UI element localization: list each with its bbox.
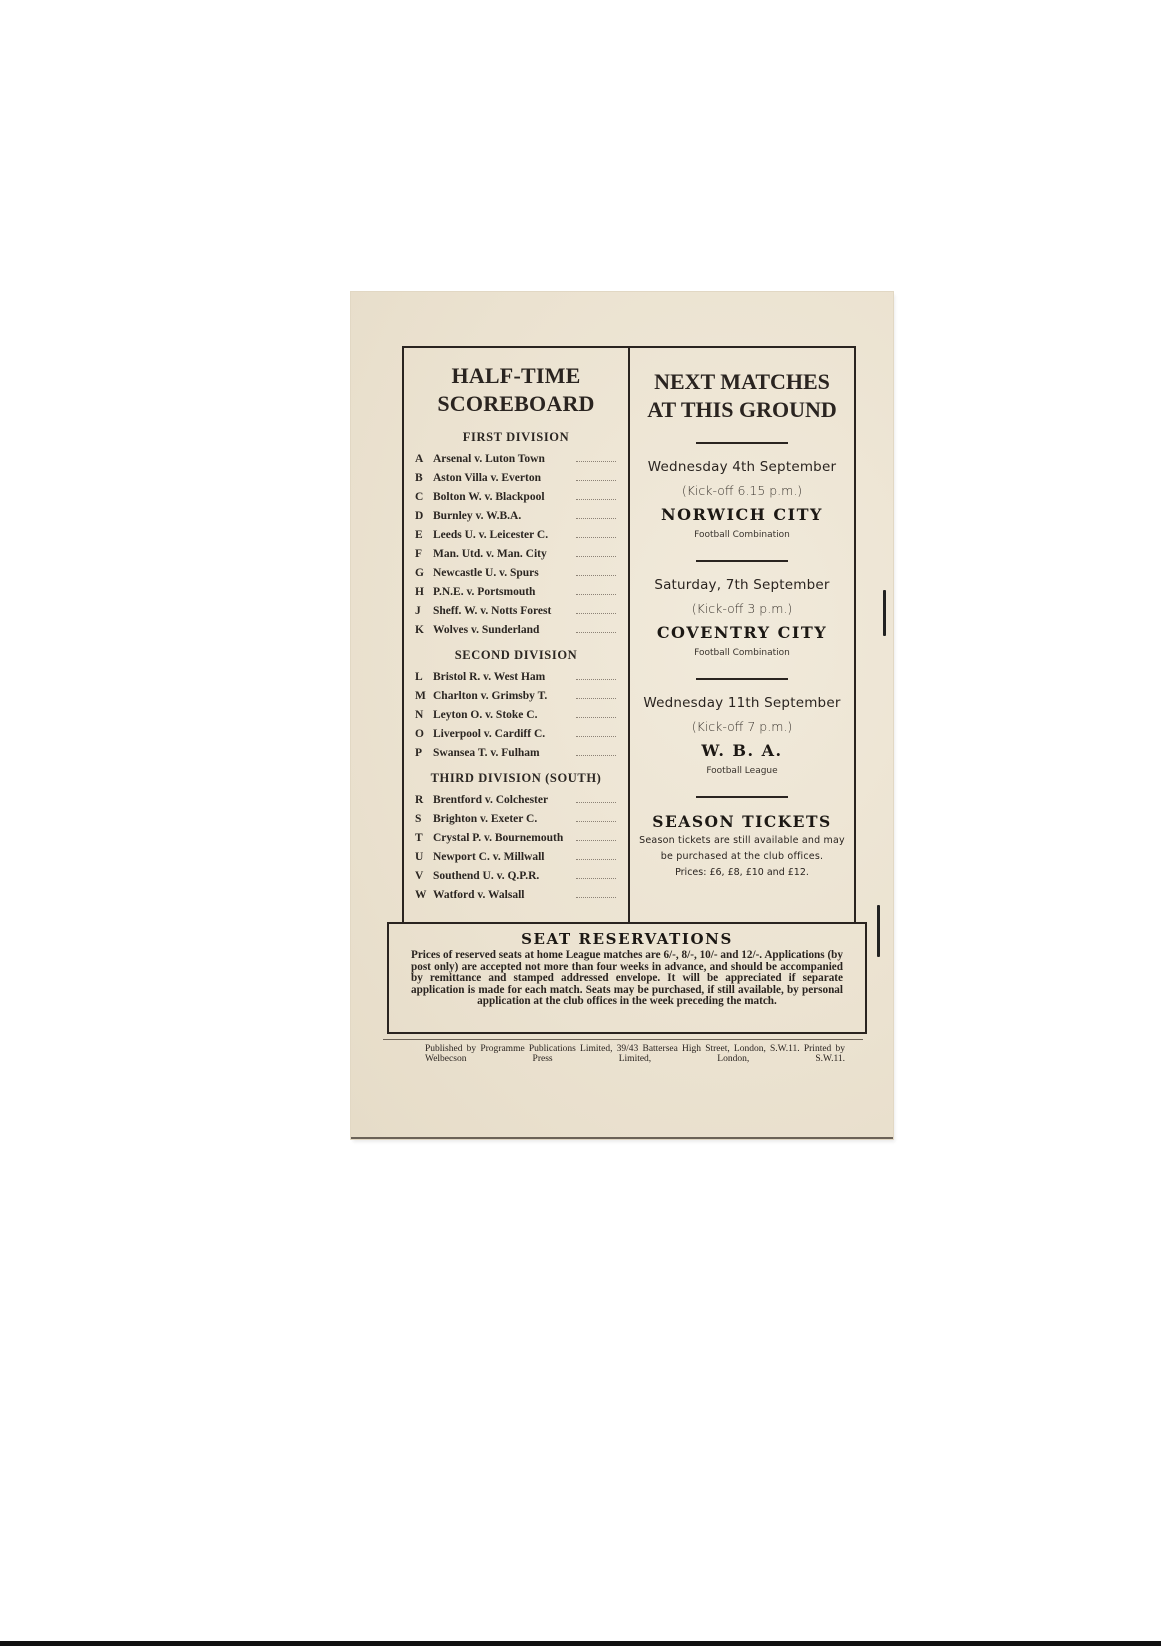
match-code: T — [415, 829, 433, 848]
programme-back-page: HALF-TIME SCOREBOARD FIRST DIVISIONAArse… — [351, 292, 893, 1139]
match-code: E — [415, 526, 433, 545]
score-blank — [576, 467, 616, 481]
score-blank — [576, 619, 616, 633]
scoreboard-row: TCrystal P. v. Bournemouth — [404, 827, 628, 846]
match-teams: Brentford v. Colchester — [433, 791, 548, 810]
match-code: J — [415, 602, 433, 621]
season-tickets-text: Season tickets are still available and m… — [630, 833, 854, 865]
scoreboard-row: UNewport C. v. Millwall — [404, 846, 628, 865]
scoreboard-row: BAston Villa v. Everton — [404, 467, 628, 486]
fixture-kickoff: (Kick-off 3 p.m.) — [630, 600, 854, 618]
next-matches-title-line1: NEXT MATCHES — [630, 368, 854, 396]
score-blank — [576, 524, 616, 538]
match-teams: Bolton W. v. Blackpool — [433, 488, 545, 507]
match-teams: Southend U. v. Q.P.R. — [433, 867, 539, 886]
seat-reservations-text: Prices of reserved seats at home League … — [389, 948, 865, 1008]
match-teams: Watford v. Walsall — [433, 886, 524, 905]
scoreboard-row: GNewcastle U. v. Spurs — [404, 562, 628, 581]
scoreboard-title-line1: HALF-TIME — [404, 362, 628, 390]
scoreboard-row: WWatford v. Walsall — [404, 884, 628, 903]
content-frame: HALF-TIME SCOREBOARD FIRST DIVISIONAArse… — [402, 346, 856, 924]
match-code: H — [415, 583, 433, 602]
fixture-date: Wednesday 4th September — [630, 458, 854, 476]
fixture-competition: Football Combination — [630, 646, 854, 660]
scoreboard-row: MCharlton v. Grimsby T. — [404, 685, 628, 704]
match-teams: Charlton v. Grimsby T. — [433, 687, 547, 706]
fixture-competition: Football Combination — [630, 528, 854, 542]
separator-rule — [696, 442, 788, 444]
scoreboard-row: FMan. Utd. v. Man. City — [404, 543, 628, 562]
score-blank — [576, 789, 616, 803]
scoreboard-row: PSwansea T. v. Fulham — [404, 742, 628, 761]
score-blank — [576, 486, 616, 500]
match-teams: Sheff. W. v. Notts Forest — [433, 602, 551, 621]
scoreboard-row: AArsenal v. Luton Town — [404, 448, 628, 467]
score-blank — [576, 827, 616, 841]
match-teams: Liverpool v. Cardiff C. — [433, 725, 545, 744]
staple-lower — [877, 905, 880, 957]
match-code: N — [415, 706, 433, 725]
separator-rule — [696, 678, 788, 680]
scoreboard-row: OLiverpool v. Cardiff C. — [404, 723, 628, 742]
scoreboard-row: VSouthend U. v. Q.P.R. — [404, 865, 628, 884]
scoreboard-row: ELeeds U. v. Leicester C. — [404, 524, 628, 543]
fixture-kickoff: (Kick-off 7 p.m.) — [630, 718, 854, 736]
match-teams: Arsenal v. Luton Town — [433, 450, 545, 469]
match-code: R — [415, 791, 433, 810]
seat-reservations-box: SEAT RESERVATIONS Prices of reserved sea… — [387, 922, 867, 1034]
seat-reservations-title: SEAT RESERVATIONS — [389, 930, 865, 948]
match-code: U — [415, 848, 433, 867]
score-blank — [576, 666, 616, 680]
separator-rule — [696, 796, 788, 798]
scoreboard-row: KWolves v. Sunderland — [404, 619, 628, 638]
match-code: O — [415, 725, 433, 744]
fixture: Wednesday 11th September(Kick-off 7 p.m.… — [630, 694, 854, 778]
match-code: S — [415, 810, 433, 829]
division-heading: FIRST DIVISION — [404, 430, 628, 444]
separator-rule — [696, 560, 788, 562]
fixture: Wednesday 4th September(Kick-off 6.15 p.… — [630, 458, 854, 542]
score-blank — [576, 808, 616, 822]
match-code: D — [415, 507, 433, 526]
fixture-kickoff: (Kick-off 6.15 p.m.) — [630, 482, 854, 500]
division-heading: SECOND DIVISION — [404, 648, 628, 662]
next-matches-title: NEXT MATCHES AT THIS GROUND — [630, 368, 854, 424]
imprint-rule — [383, 1039, 863, 1040]
publisher-imprint: Published by Programme Publications Limi… — [425, 1045, 845, 1064]
match-code: L — [415, 668, 433, 687]
match-teams: Newport C. v. Millwall — [433, 848, 544, 867]
match-code: B — [415, 469, 433, 488]
scan-edge-strip — [0, 1641, 1161, 1646]
season-tickets-title: SEASON TICKETS — [630, 812, 854, 831]
scoreboard-row: CBolton W. v. Blackpool — [404, 486, 628, 505]
match-code: M — [415, 687, 433, 706]
score-blank — [576, 543, 616, 557]
scoreboard-row: JSheff. W. v. Notts Forest — [404, 600, 628, 619]
fixture-list: Wednesday 4th September(Kick-off 6.15 p.… — [630, 442, 854, 798]
scoreboard-title-line2: SCOREBOARD — [404, 390, 628, 418]
match-teams: Brighton v. Exeter C. — [433, 810, 537, 829]
match-teams: Burnley v. W.B.A. — [433, 507, 521, 526]
next-matches-title-line2: AT THIS GROUND — [630, 396, 854, 424]
score-blank — [576, 884, 616, 898]
fixture-opponent: COVENTRY CITY — [630, 622, 854, 644]
division-list: FIRST DIVISIONAArsenal v. Luton TownBAst… — [404, 430, 628, 903]
half-time-scoreboard: HALF-TIME SCOREBOARD FIRST DIVISIONAArse… — [404, 348, 628, 903]
scoreboard-row: RBrentford v. Colchester — [404, 789, 628, 808]
fixture: Saturday, 7th September(Kick-off 3 p.m.)… — [630, 576, 854, 660]
match-code: W — [415, 886, 433, 905]
score-blank — [576, 742, 616, 756]
scoreboard-row: HP.N.E. v. Portsmouth — [404, 581, 628, 600]
score-blank — [576, 723, 616, 737]
score-blank — [576, 704, 616, 718]
match-code: P — [415, 744, 433, 763]
score-blank — [576, 600, 616, 614]
score-blank — [576, 865, 616, 879]
scoreboard-row: LBristol R. v. West Ham — [404, 666, 628, 685]
scoreboard-row: SBrighton v. Exeter C. — [404, 808, 628, 827]
match-teams: Aston Villa v. Everton — [433, 469, 541, 488]
match-teams: Swansea T. v. Fulham — [433, 744, 540, 763]
scoreboard-row: NLeyton O. v. Stoke C. — [404, 704, 628, 723]
match-code: C — [415, 488, 433, 507]
match-teams: Leeds U. v. Leicester C. — [433, 526, 548, 545]
match-teams: Man. Utd. v. Man. City — [433, 545, 547, 564]
season-tickets-prices: Prices: £6, £8, £10 and £12. — [630, 865, 854, 881]
fixture-date: Saturday, 7th September — [630, 576, 854, 594]
division-heading: THIRD DIVISION (SOUTH) — [404, 771, 628, 785]
fixture-opponent: NORWICH CITY — [630, 504, 854, 526]
score-blank — [576, 846, 616, 860]
match-code: G — [415, 564, 433, 583]
match-code: A — [415, 450, 433, 469]
score-blank — [576, 448, 616, 462]
match-teams: P.N.E. v. Portsmouth — [433, 583, 535, 602]
match-teams: Newcastle U. v. Spurs — [433, 564, 539, 583]
match-teams: Bristol R. v. West Ham — [433, 668, 545, 687]
fixture-date: Wednesday 11th September — [630, 694, 854, 712]
score-blank — [576, 505, 616, 519]
score-blank — [576, 581, 616, 595]
next-matches: NEXT MATCHES AT THIS GROUND Wednesday 4t… — [630, 348, 854, 881]
match-code: K — [415, 621, 433, 640]
fixture-competition: Football League — [630, 764, 854, 778]
staple-upper — [883, 590, 886, 636]
score-blank — [576, 685, 616, 699]
score-blank — [576, 562, 616, 576]
match-teams: Crystal P. v. Bournemouth — [433, 829, 563, 848]
match-teams: Leyton O. v. Stoke C. — [433, 706, 537, 725]
fixture-opponent: W. B. A. — [630, 740, 854, 762]
match-teams: Wolves v. Sunderland — [433, 621, 539, 640]
scoreboard-title: HALF-TIME SCOREBOARD — [404, 362, 628, 418]
match-code: F — [415, 545, 433, 564]
match-code: V — [415, 867, 433, 886]
scoreboard-row: DBurnley v. W.B.A. — [404, 505, 628, 524]
